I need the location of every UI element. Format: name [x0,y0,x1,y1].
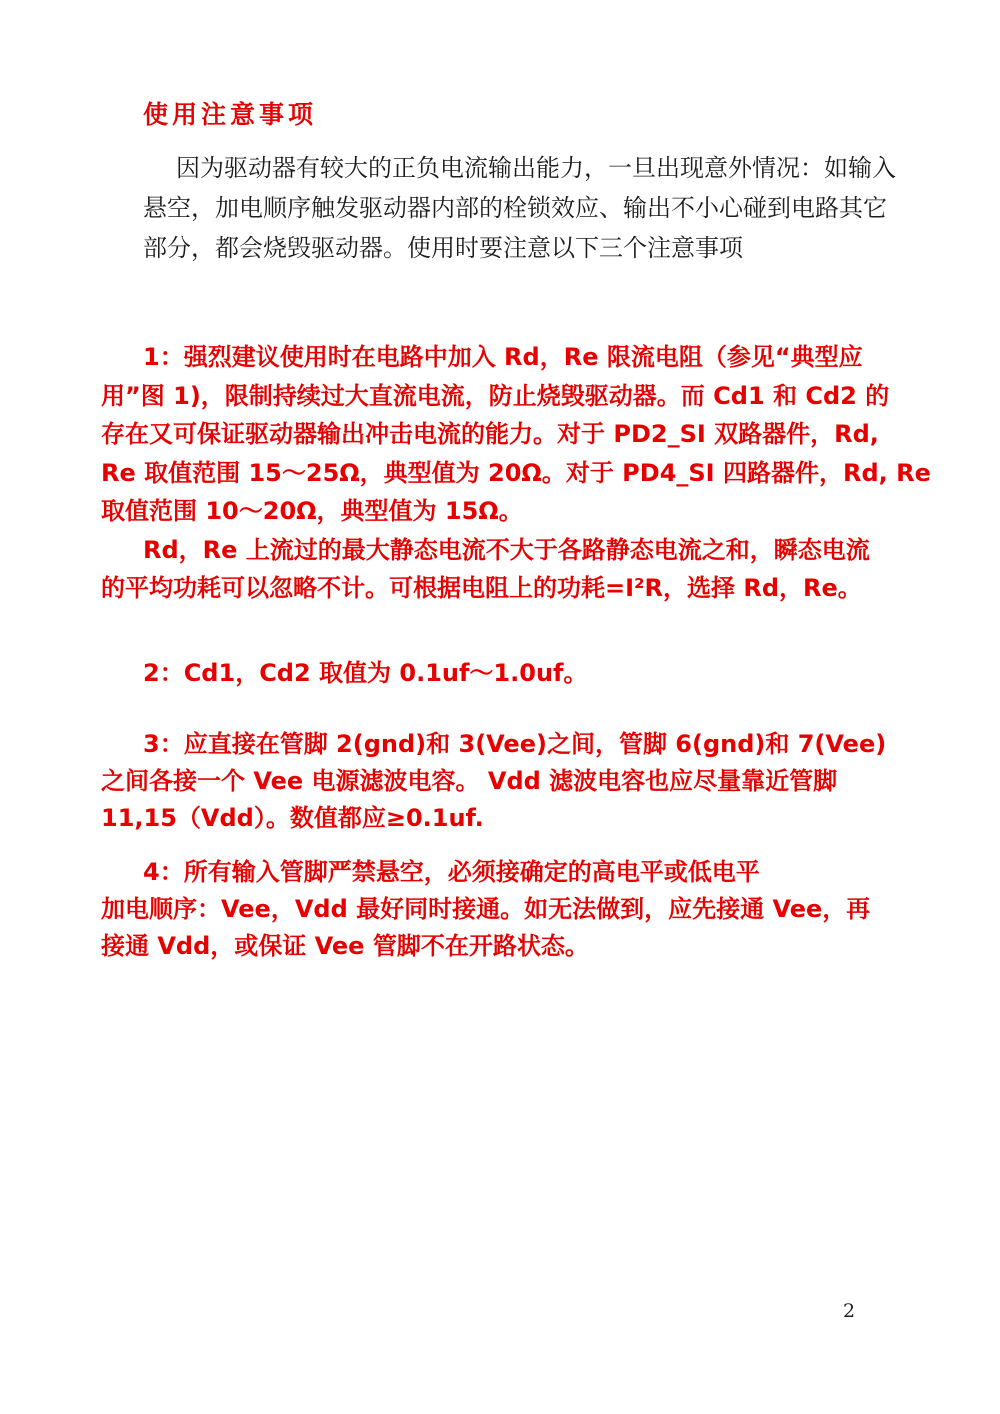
page-number: 2 [843,1300,855,1322]
text-line: 的平均功耗可以忽略不计。可根据电阻上的功耗=I²R，选择 Rd，Re。 [101,569,910,608]
text-line: 之间各接一个 Vee 电源滤波电容。 Vdd 滤波电容也应尽量靠近管脚 [101,763,910,800]
note-4-paragraph: 4：所有输入管脚严禁悬空，必须接确定的高电平或低电平 加电顺序：Vee，Vdd … [101,854,910,965]
text-line: 4：所有输入管脚严禁悬空，必须接确定的高电平或低电平 [101,854,910,891]
document-page: 使用注意事项 因为驱动器有较大的正负电流输出能力，一旦出现意外情况：如输入 悬空… [0,0,1000,1414]
intro-paragraph: 因为驱动器有较大的正负电流输出能力，一旦出现意外情况：如输入 悬空，加电顺序触发… [143,148,900,268]
text-line: 用”图 1)，限制持续过大直流电流，防止烧毁驱动器。而 Cd1 和 Cd2 的 [101,377,910,416]
text-line: 1：强烈建议使用时在电路中加入 Rd，Re 限流电阻（参见“典型应 [101,338,910,377]
text-line: 3：应直接在管脚 2(gnd)和 3(Vee)之间，管脚 6(gnd)和 7(V… [101,726,910,763]
text-line: 11,15（Vdd）。数值都应≥0.1uf. [101,800,910,837]
note-1-continued-paragraph: Rd，Re 上流过的最大静态电流不大于各路静态电流之和，瞬态电流 的平均功耗可以… [101,531,910,608]
note-3-paragraph: 3：应直接在管脚 2(gnd)和 3(Vee)之间，管脚 6(gnd)和 7(V… [101,726,910,837]
text-line: 悬空，加电顺序触发驱动器内部的栓锁效应、输出不小心碰到电路其它 [143,188,900,228]
text-line: 取值范围 10～20Ω，典型值为 15Ω。 [101,492,910,531]
text-line: 加电顺序：Vee，Vdd 最好同时接通。如无法做到，应先接通 Vee，再 [101,891,910,928]
note-1-paragraph: 1：强烈建议使用时在电路中加入 Rd，Re 限流电阻（参见“典型应 用”图 1)… [101,338,910,531]
text-line: Re 取值范围 15～25Ω，典型值为 20Ω。对于 PD4_SI 四路器件，R… [101,454,910,493]
section-heading: 使用注意事项 [143,98,1000,132]
text-line: 2：Cd1，Cd2 取值为 0.1uf～1.0uf。 [101,654,910,693]
text-line: 接通 Vdd，或保证 Vee 管脚不在开路状态。 [101,928,910,965]
note-2-paragraph: 2：Cd1，Cd2 取值为 0.1uf～1.0uf。 [101,654,910,693]
text-line: 部分，都会烧毁驱动器。使用时要注意以下三个注意事项 [143,228,900,268]
text-line: Rd，Re 上流过的最大静态电流不大于各路静态电流之和，瞬态电流 [101,531,910,570]
text-line: 存在又可保证驱动器输出冲击电流的能力。对于 PD2_SI 双路器件，Rd, [101,415,910,454]
text-line: 因为驱动器有较大的正负电流输出能力，一旦出现意外情况：如输入 [143,148,900,188]
